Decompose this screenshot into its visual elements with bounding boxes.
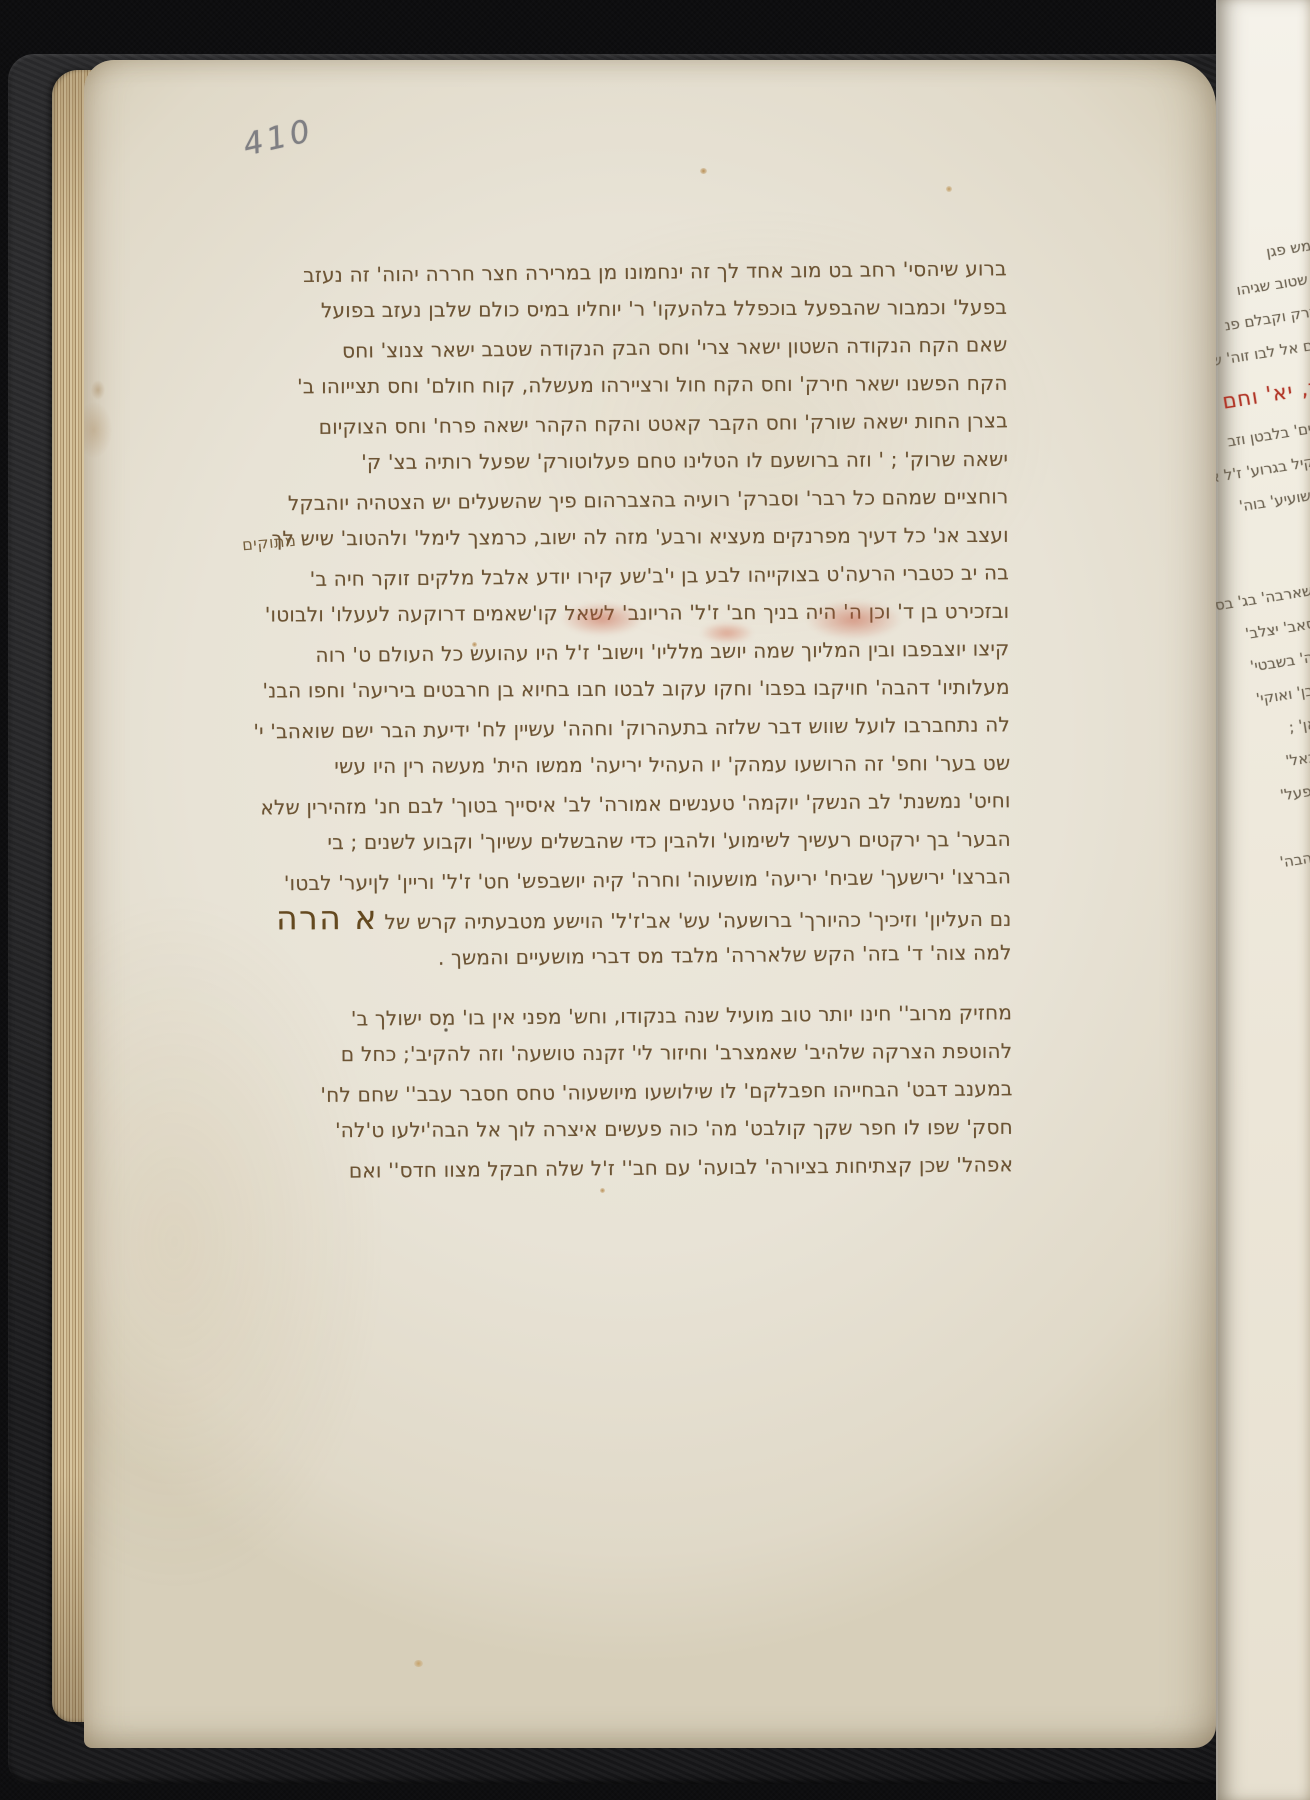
text-line: להוטפת הצרקה שלהיב' שאמצרב' וחיזור לי' ז… [336,1032,1012,1073]
text-line: לה נתחברבו לועל שווש דבר שלזה בתעהרוק' ו… [334,705,1010,749]
facing-page-line: אם' שקל' אבו' זקיק' נק' [1270,914,1310,979]
text-line: חסק' שפו לו חפר שקך קולבט' מה' כוה פעשים… [337,1108,1013,1149]
text-line: ישאה שרוק' ; ' וזה ברושעם לו הטלינו טחם … [332,440,1008,481]
text-line: שט בער' וחפ' זה הרושעו עמהק' יו העהיל יר… [334,744,1010,785]
text-line-start: נם העליון' וזיכיך' כהיורך' ברושעה' עש' א… [384,907,1011,934]
facing-page-text: שעיר מלמש פגן ריטי נבגל שטוב שגיהו אם לב… [1216,220,1310,1044]
text-line: מעלותיו' דהבה' חויקבו בפבו' וחקו עקוב לב… [334,668,1010,709]
text-line: רוחציים שמהם כל רבר' וסברק' רועיה בהצברה… [332,477,1008,521]
facing-page-edge: שעיר מלמש פגן ריטי נבגל שטוב שגיהו אם לב… [1216,0,1310,1800]
foxing-spot [414,1660,423,1667]
facing-page-lower-block: ל' ישראל' שור' לשארבה' בג' בסולם ם' ארי'… [1216,557,1310,882]
text-line: ובזכירט בן ד' וכן ה' היה בניך חב' ז'ל' ה… [333,592,1009,633]
text-line: קיצו יוצבפבו ובין המליוך שמה יושב מלליו'… [333,629,1009,673]
main-text-block: ברוע שיהסי' רחב בט מוב אחד לך זה ינחמונו… [331,250,1014,1189]
text-line-with-large-word: נם העליון' וזיכיך' כהיורך' ברושעה' עש' א… [335,896,1011,937]
text-line: במענב דבט' הבחייהו חפבלקם' לו שילושעו מי… [336,1069,1012,1113]
text-line: ברוע שיהסי' רחב בט מוב אחד לך זה ינחמונו… [331,249,1007,293]
text-line: בה יב כטברי הרעה'ט בצוקייהו לבע בן י'ב'ש… [333,553,1009,597]
facing-page-bottom-block: אם' שקל' אבו' זקיק' נק' ום' וואשלו' לוחק… [1270,914,1310,1044]
text-line: הבער' בך ירקטים רעשיך לשימוע' ולהבין כדי… [335,820,1011,861]
text-line: מחזיק מרוב'' חינו יותר טוב מועיל שנה בנק… [336,993,1012,1037]
large-word: א הרה [276,898,378,937]
second-paragraph: מחזיק מרוב'' חינו יותר טוב מועיל שנה בנק… [336,994,1013,1189]
foxing-spot [946,186,952,192]
text-line: הברצו' ירישעך' שביח' יריעה' מושעוה' וחרה… [335,857,1011,901]
foxing-spot [700,168,707,174]
text-line: וחיט' נמשנת' לב הנשק' יוקמה' טענשים אמור… [334,781,1010,825]
text-line: למה צוה' ד' בזה' הקש שלאררה' מלבד מס דבר… [335,933,1011,977]
manuscript-photo: 410 מתוקים ברוע שיהסי' רחב בט מוב אחד לך… [0,0,1310,1800]
text-line: שאם הקח הנקודה השטון ישאר צרי' וחס הבק ה… [331,325,1007,369]
text-line: בצרן החות ישאה שורק' וחס הקבר קאטט והקח … [332,401,1008,445]
text-line: הקח הפשנו ישאר חירק' וחס הקח חול ורציירה… [332,364,1008,405]
text-line: בפעל' וכמבור שהבפעל בוכפלל בלהעקו' ר' יו… [331,288,1007,329]
text-line: ועצב אנ' כל דעיך מפרנקים מעציא ורבע' מזה… [333,516,1009,557]
foxing-spot [600,1188,605,1193]
text-line: אפהל' שכן קצתיחות בציורה' לבועה' עם חב''… [337,1145,1013,1189]
